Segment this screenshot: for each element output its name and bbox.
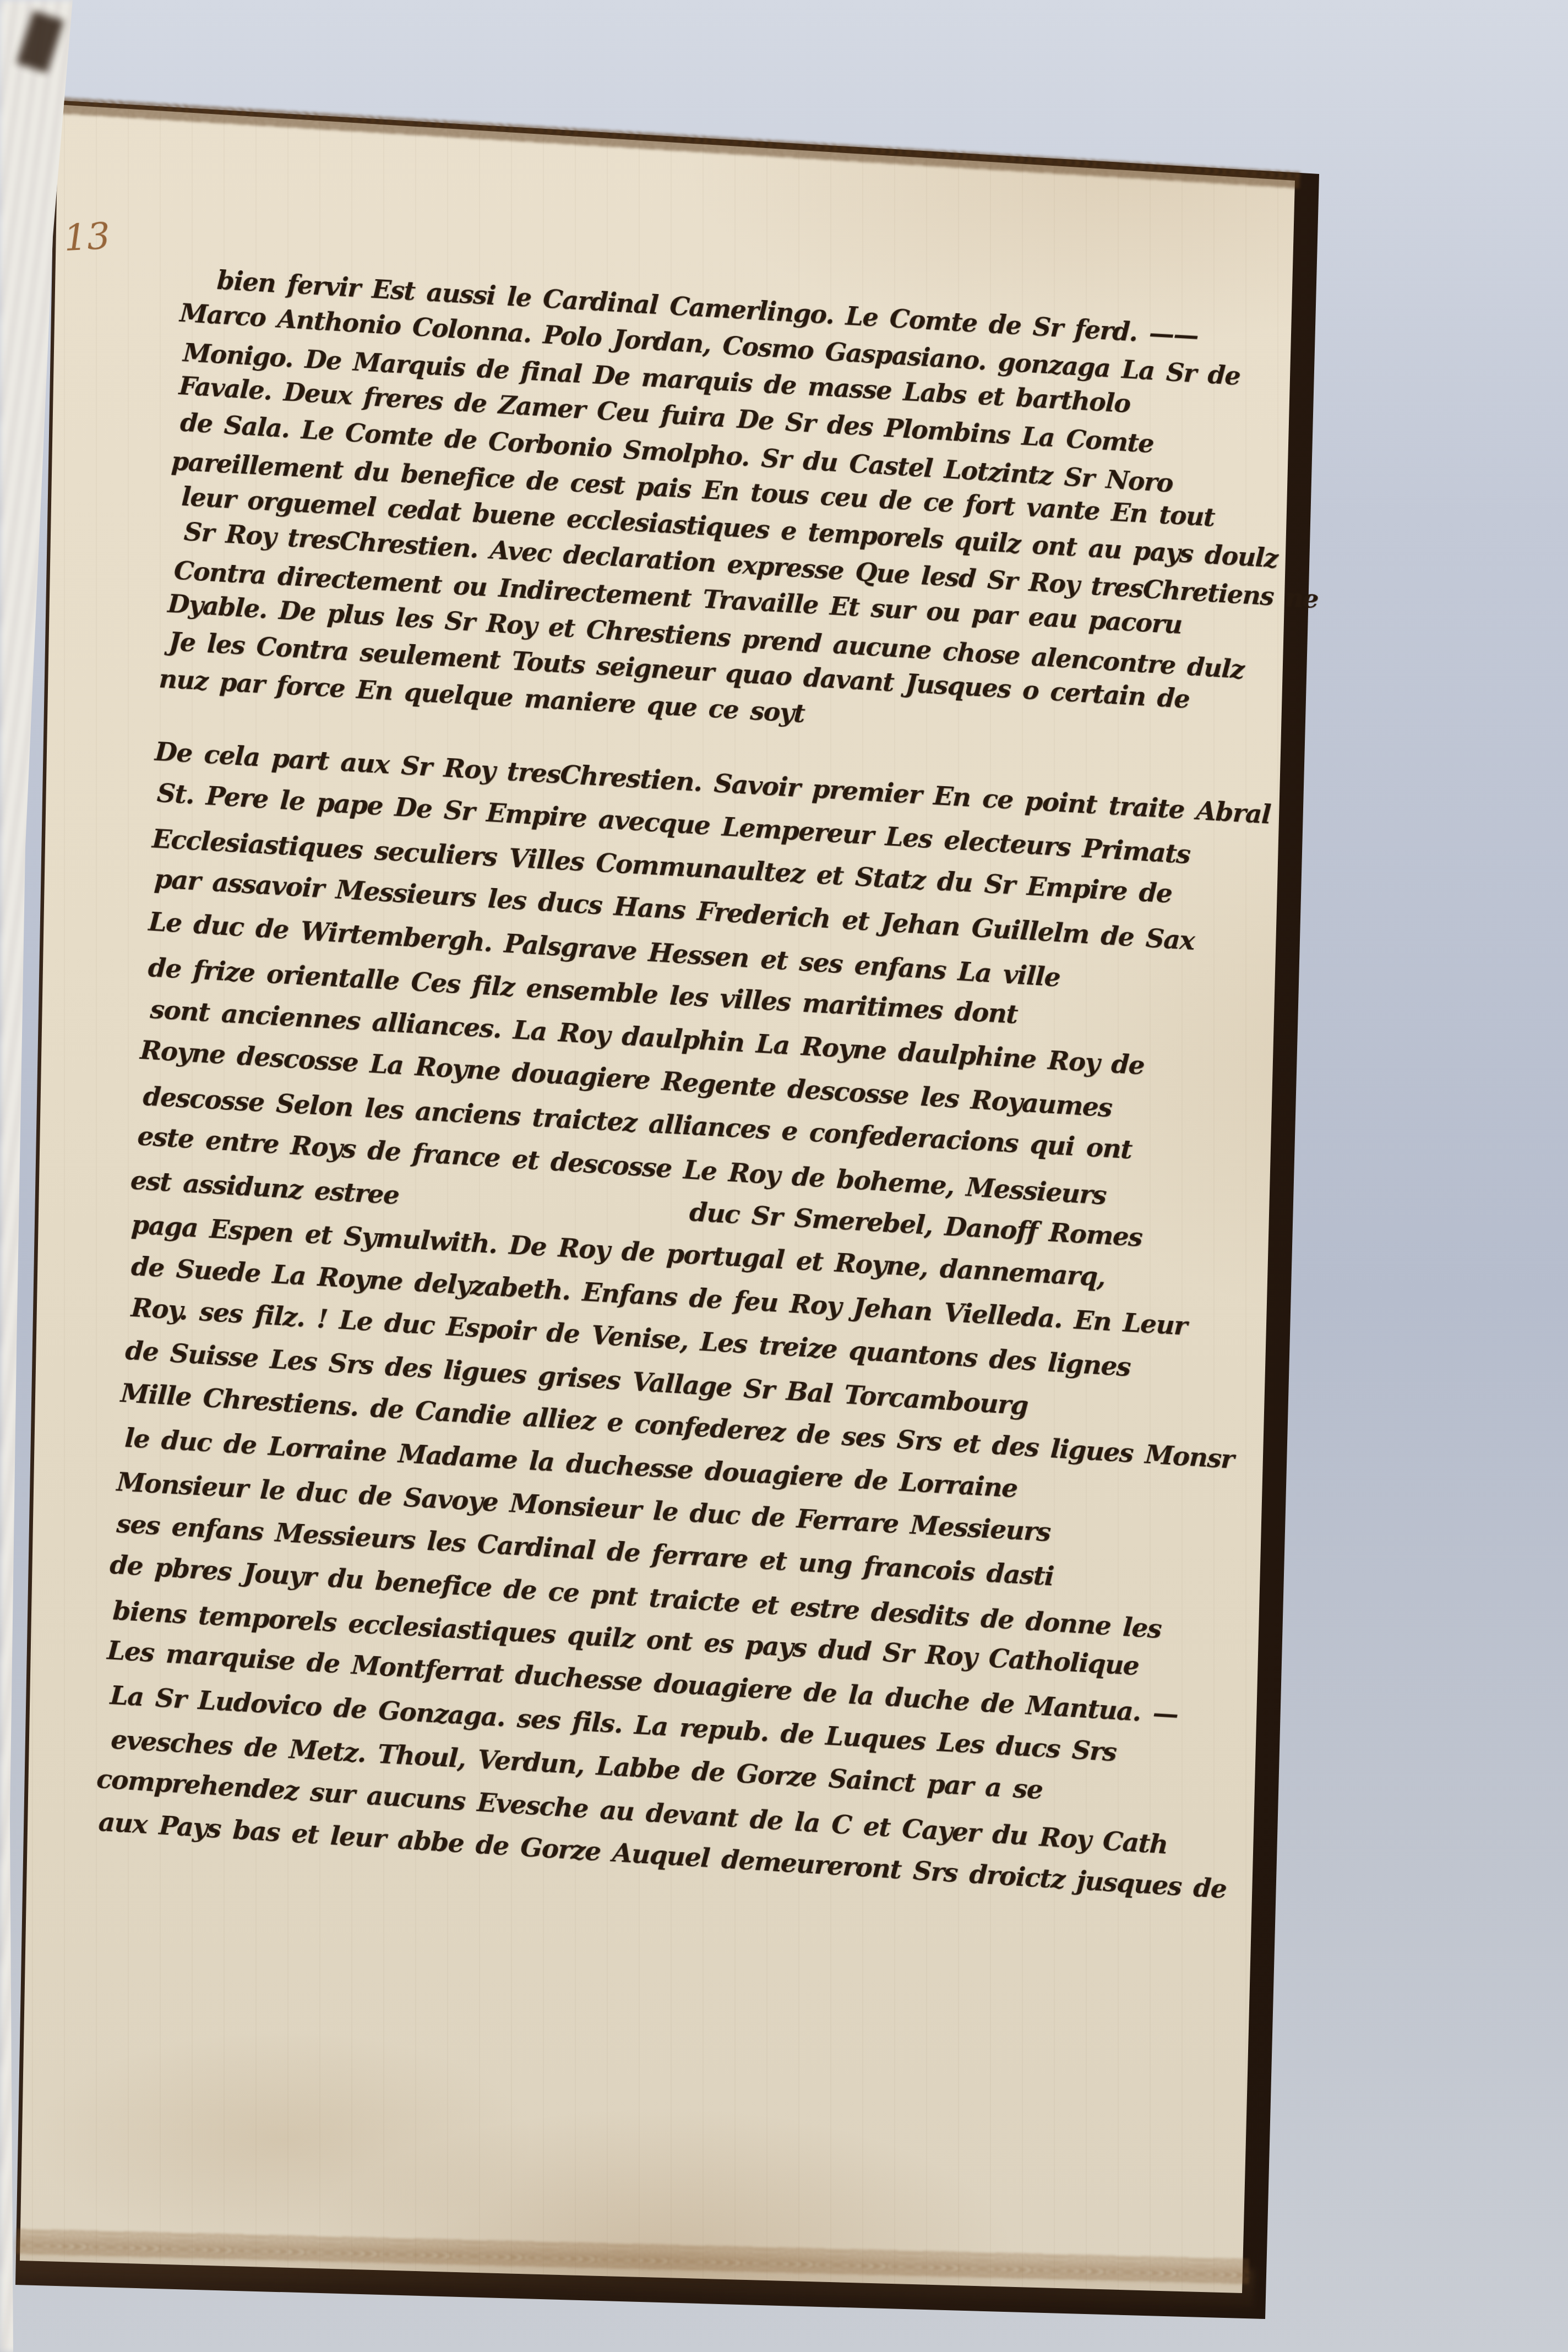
photo-of-manuscript: 13 bien fervir Est aussi le Cardinal Cam… — [0, 0, 1568, 2352]
paragraph-1: bien fervir Est aussi le Cardinal Camerl… — [158, 260, 1277, 758]
handwritten-text-block: bien fervir Est aussi le Cardinal Camerl… — [92, 260, 1276, 1907]
paragraph-2: De cela part aux Sr Roy tresChrestien. S… — [92, 731, 1250, 1908]
folio-number: 13 — [63, 215, 111, 259]
